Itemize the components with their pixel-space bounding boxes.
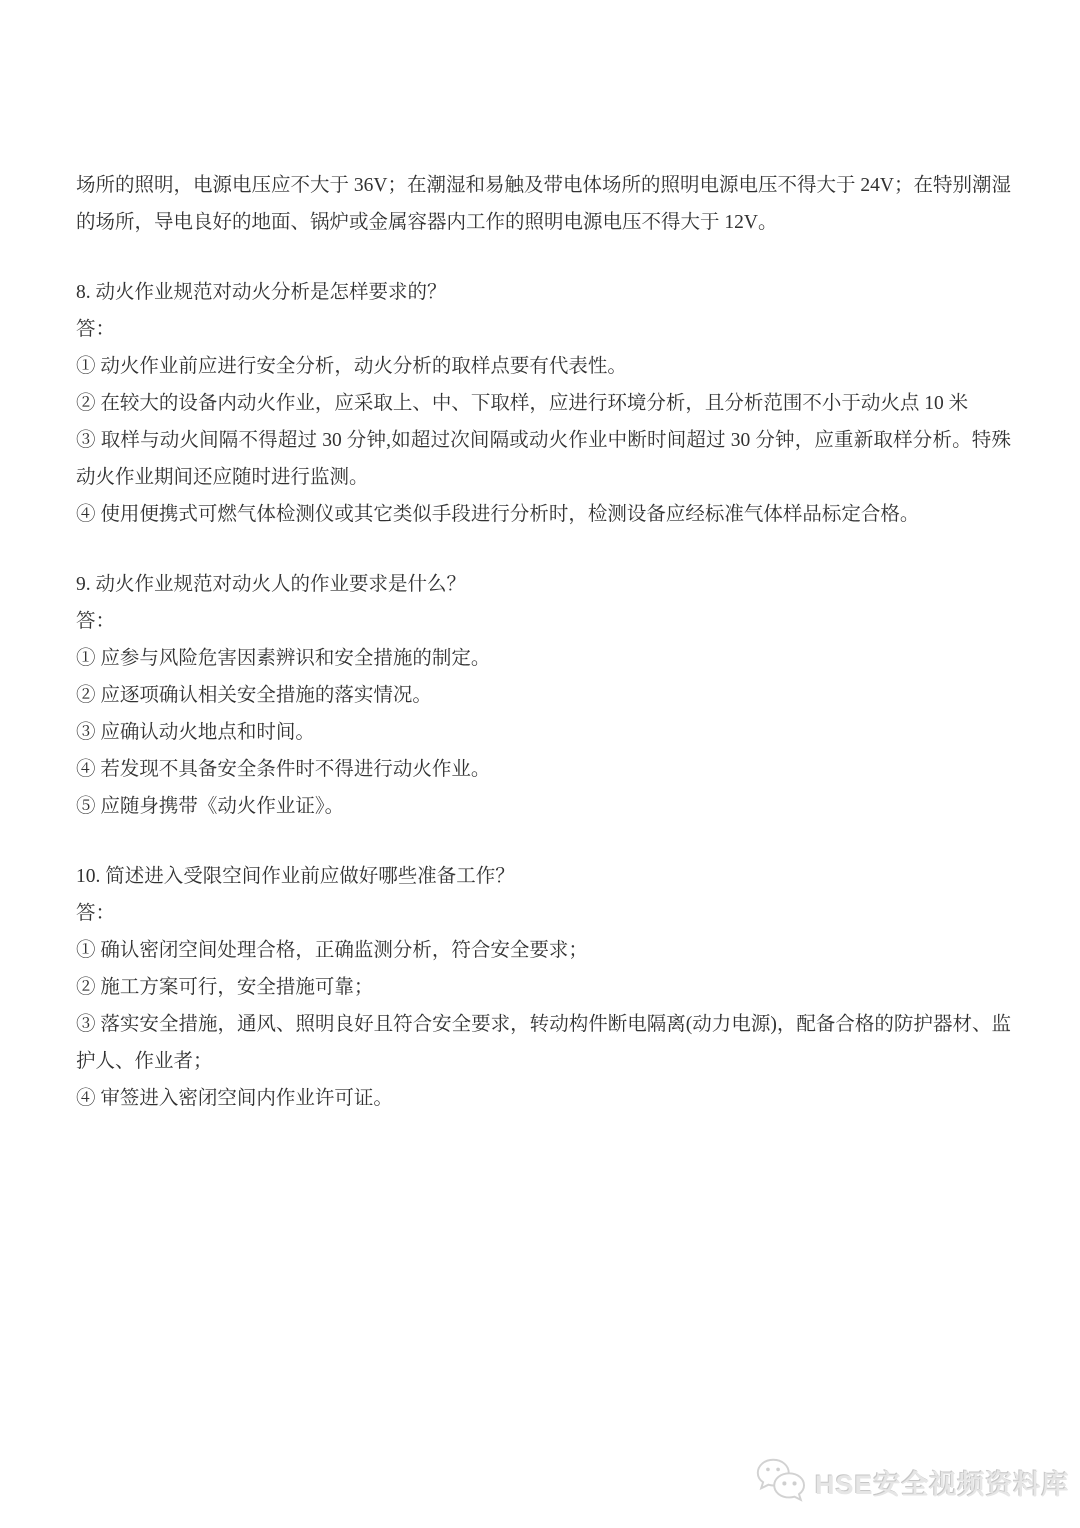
answer-item: ③ 取样与动火间隔不得超过 30 分钟,如超过次间隔或动火作业中断时间超过 30… [76, 422, 1011, 496]
wechat-icon [752, 1453, 810, 1511]
paragraph-lighting-voltage: 场所的照明，电源电压应不大于 36V；在潮湿和易触及带电体场所的照明电源电压不得… [76, 167, 1011, 241]
answer-label: 答： [76, 311, 1011, 348]
question-heading: 8. 动火作业规范对动火分析是怎样要求的？ [76, 274, 1011, 311]
answer-item: ③ 应确认动火地点和时间。 [76, 714, 1011, 751]
question-heading: 9. 动火作业规范对动火人的作业要求是什么？ [76, 566, 1011, 603]
question-heading: 10. 简述进入受限空间作业前应做好哪些准备工作？ [76, 858, 1011, 895]
qa-section: 8. 动火作业规范对动火分析是怎样要求的？答：① 动火作业前应进行安全分析，动火… [76, 274, 1011, 533]
answer-item: ① 动火作业前应进行安全分析，动火分析的取样点要有代表性。 [76, 348, 1011, 385]
answer-item: ② 在较大的设备内动火作业，应采取上、中、下取样，应进行环境分析，且分析范围不小… [76, 385, 1011, 422]
qa-section: 9. 动火作业规范对动火人的作业要求是什么？答：① 应参与风险危害因素辨识和安全… [76, 566, 1011, 825]
qa-sections: 8. 动火作业规范对动火分析是怎样要求的？答：① 动火作业前应进行安全分析，动火… [76, 274, 1011, 1117]
answer-item: ⑤ 应随身携带《动火作业证》。 [76, 788, 1011, 825]
watermark: HSE安全视频资料库 [752, 1452, 1070, 1512]
answer-label: 答： [76, 603, 1011, 640]
answer-item: ② 应逐项确认相关安全措施的落实情况。 [76, 677, 1011, 714]
answer-label: 答： [76, 895, 1011, 932]
answer-item: ② 施工方案可行，安全措施可靠； [76, 969, 1011, 1006]
answer-item: ③ 落实安全措施，通风、照明良好且符合安全要求，转动构件断电隔离(动力电源)，配… [76, 1006, 1011, 1080]
answer-item: ④ 审签进入密闭空间内作业许可证。 [76, 1080, 1011, 1117]
watermark-text: HSE安全视频资料库 [815, 1463, 1070, 1502]
qa-section: 10. 简述进入受限空间作业前应做好哪些准备工作？答：① 确认密闭空间处理合格，… [76, 858, 1011, 1117]
answer-item: ① 应参与风险危害因素辨识和安全措施的制定。 [76, 640, 1011, 677]
document-content: 场所的照明，电源电压应不大于 36V；在潮湿和易触及带电体场所的照明电源电压不得… [76, 167, 1011, 1117]
answer-item: ④ 若发现不具备安全条件时不得进行动火作业。 [76, 751, 1011, 788]
document-page: 场所的照明，电源电压应不大于 36V；在潮湿和易触及带电体场所的照明电源电压不得… [0, 0, 1080, 1528]
answer-item: ④ 使用便携式可燃气体检测仪或其它类似手段进行分析时，检测设备应经标准气体样品标… [76, 496, 1011, 533]
answer-item: ① 确认密闭空间处理合格，正确监测分析，符合安全要求； [76, 932, 1011, 969]
